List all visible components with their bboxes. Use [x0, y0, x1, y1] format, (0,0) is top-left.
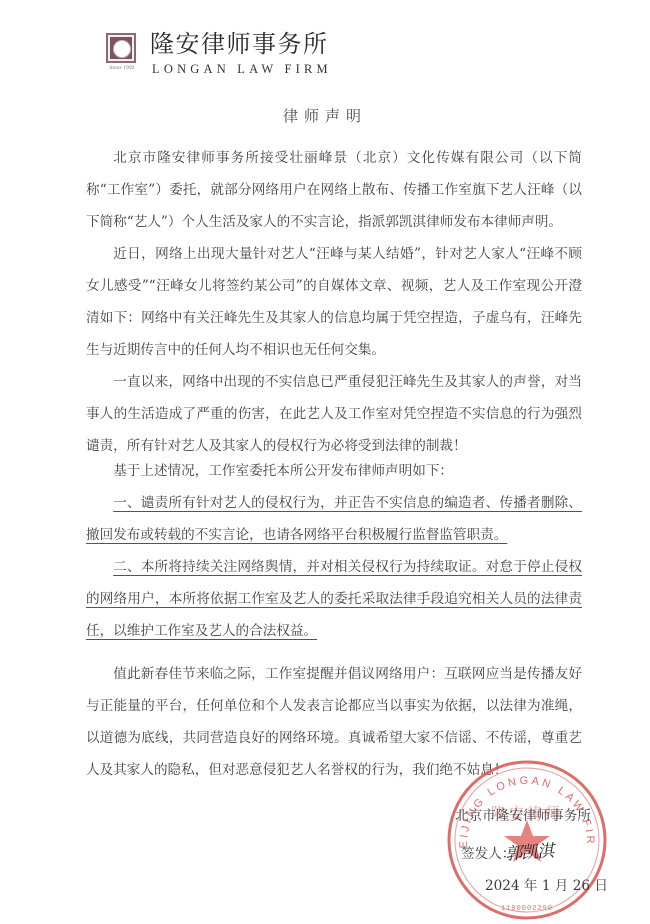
- statement-item-2: 二、本所将持续关注网络舆情，并对相关侵权行为持续取证。对怠于停止侵权的网络用户，…: [86, 551, 582, 647]
- paragraph-statement-lead: 基于上述情况，工作室委托本所公开发布律师声明如下：: [86, 455, 582, 487]
- document-page: Since 1992 隆安律师事务所 LONGAN LAW FIRM 律师声明 …: [0, 0, 650, 924]
- since-label: Since 1992: [102, 66, 142, 71]
- statement-item-1: 一、谴责所有针对艺人的侵权行为，并正告不实信息的编造者、传播者删除、撤回发布或转…: [86, 487, 582, 551]
- firm-logo-icon: [106, 33, 136, 63]
- issuer-signature: 郭凯淇: [504, 836, 554, 864]
- paragraph-clarification: 近日，网络上出现大量针对艺人“汪峰与某人结婚”，针对艺人家人“汪峰不顾女儿感受”…: [86, 238, 582, 366]
- signature-date: 2024 年 1 月 26 日: [485, 876, 608, 896]
- signature-organization: 北京市隆安律师事务所: [455, 806, 591, 826]
- paragraph-intro: 北京市隆安律师事务所接受壮丽峰景（北京）文化传媒有限公司（以下简称“工作室”）委…: [86, 142, 582, 238]
- document-title: 律师声明: [0, 106, 650, 126]
- paragraph-condemnation: 一直以来，网络中出现的不实信息已严重侵犯汪峰先生及其家人的声誉，对当事人的生活造…: [86, 366, 582, 462]
- svg-text:1100002290: 1100002290: [501, 905, 553, 913]
- firm-name-english: LONGAN LAW FIRM: [152, 62, 332, 76]
- paragraph-closing: 值此新春佳节来临之际，工作室提醒并倡议网络用户：互联网应当是传播友好与正能量的平…: [86, 658, 582, 786]
- firm-name-chinese: 隆安律师事务所: [150, 30, 329, 58]
